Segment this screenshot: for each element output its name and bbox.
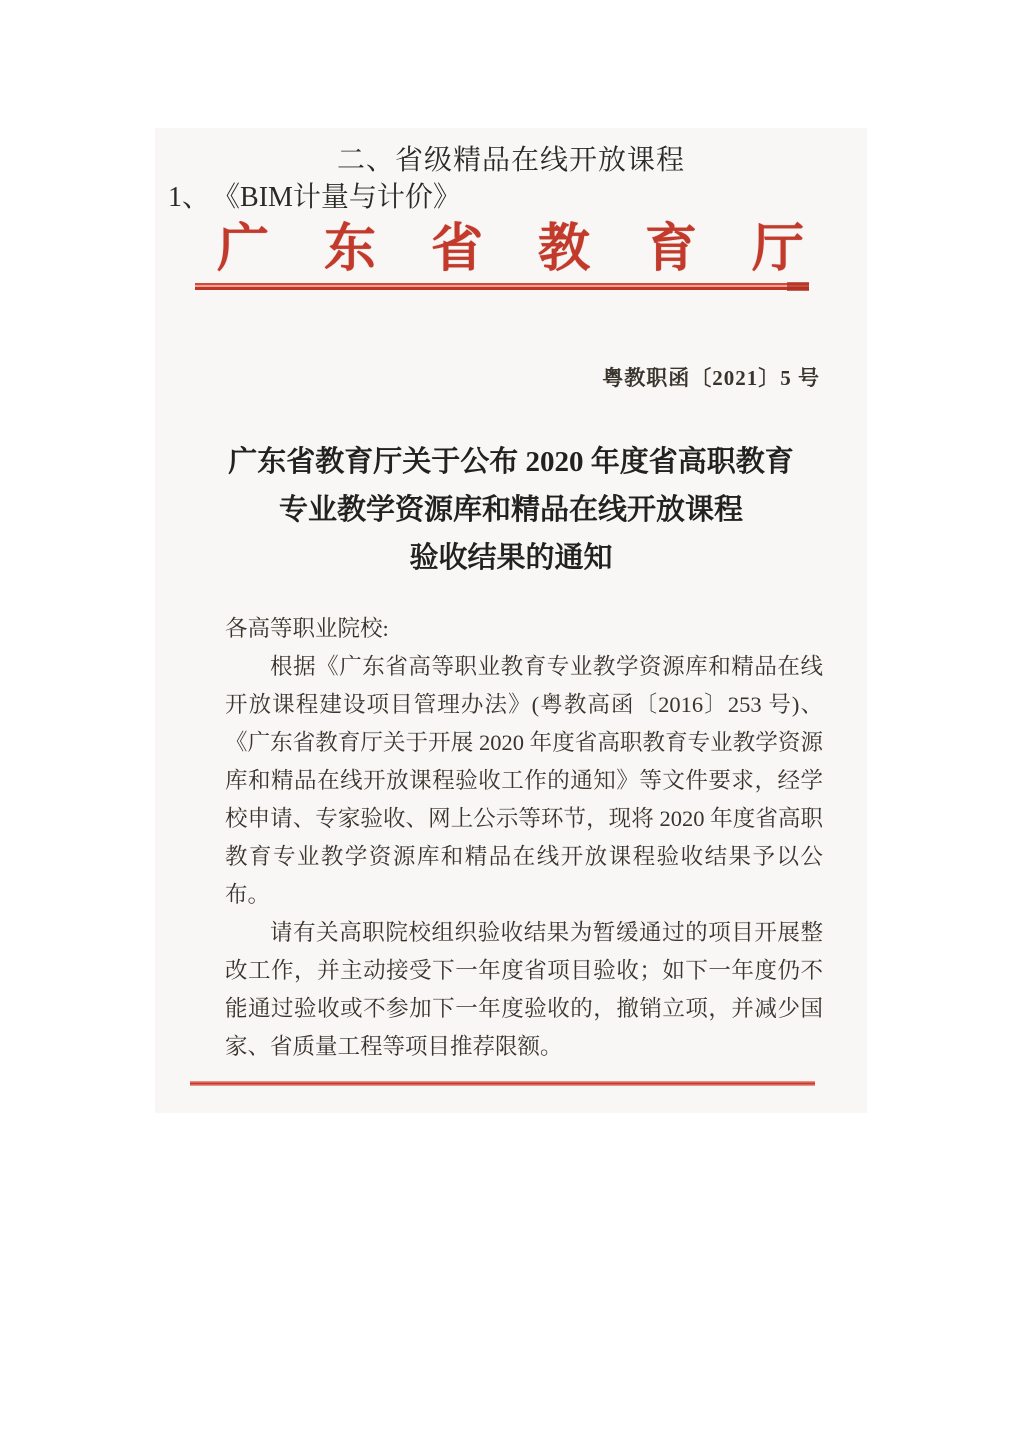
document-number: 粤教职函〔2021〕5 号 — [602, 362, 820, 392]
notice-title-line-2: 专业教学资源库和精品在线开放课程 — [155, 486, 867, 534]
document-page: 二、省级精品在线开放课程 1、《BIM计量与计价》 广东省教育厅 粤教职函〔20… — [155, 128, 867, 1113]
salutation: 各高等职业院校: — [225, 610, 823, 648]
notice-title-line-3: 验收结果的通知 — [155, 534, 867, 582]
section-heading: 二、省级精品在线开放课程 — [155, 138, 867, 178]
letterhead-org-name: 广东省教育厅 — [182, 206, 894, 281]
bottom-rule — [190, 1081, 815, 1086]
paragraph-2: 请有关高职院校组织验收结果为暂缓通过的项目开展整改工作，并主动接受下一年度省项目… — [225, 914, 823, 1066]
paragraph-1: 根据《广东省高等职业教育专业教学资源库和精品在线开放课程建设项目管理办法》(粤教… — [225, 648, 823, 914]
letterhead-rule — [195, 283, 809, 290]
notice-title: 广东省教育厅关于公布 2020 年度省高职教育 专业教学资源库和精品在线开放课程… — [155, 438, 867, 582]
screenshot-canvas: 二、省级精品在线开放课程 1、《BIM计量与计价》 广东省教育厅 粤教职函〔20… — [0, 0, 1024, 1448]
notice-body: 各高等职业院校: 根据《广东省高等职业教育专业教学资源库和精品在线开放课程建设项… — [225, 610, 823, 1066]
notice-title-line-1: 广东省教育厅关于公布 2020 年度省高职教育 — [155, 438, 867, 486]
